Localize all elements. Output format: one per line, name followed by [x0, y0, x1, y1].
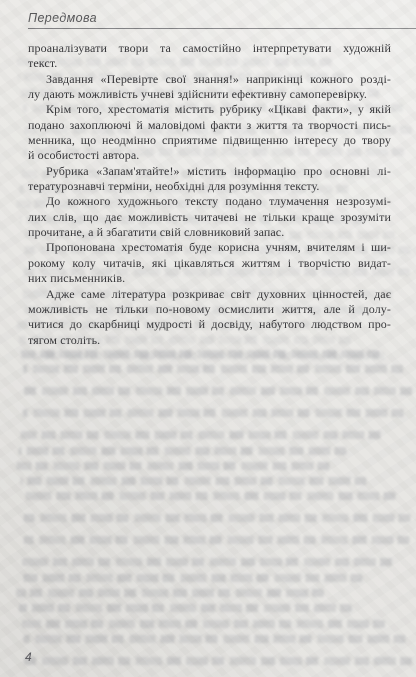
body-line: Адже саме література розкриває світ духо…: [28, 287, 391, 302]
show-through-line: [23, 409, 404, 417]
body-line: й особистості автора.: [28, 148, 391, 163]
header-rule: [28, 28, 416, 29]
show-through-line: [18, 447, 346, 455]
body-line: прочитане, а й збагатити свій словникови…: [28, 225, 391, 240]
running-head: Передмова: [28, 11, 97, 25]
show-through-line: [24, 657, 412, 665]
show-through-line: [24, 387, 412, 395]
body-line: них письменників.: [28, 271, 391, 286]
show-through-line: [22, 352, 384, 360]
body-line: текст.: [28, 56, 391, 71]
body-line: Пропонована хрестоматія буде корисна учн…: [28, 240, 391, 255]
show-through-line: [19, 604, 352, 612]
show-through-artifact-lower: [16, 350, 404, 677]
show-through-line: [23, 492, 396, 500]
show-through-line: [23, 365, 403, 373]
body-line: тературознавчі терміни, необхідні для ро…: [28, 179, 391, 194]
show-through-line: [20, 477, 366, 485]
body-line: менника, що неодмінно сприятиме підвищен…: [28, 133, 391, 148]
show-through-line: [16, 589, 324, 597]
show-through-line: [22, 558, 392, 566]
show-through-line: [23, 635, 405, 643]
show-through-line: [24, 536, 410, 544]
body-line: лу дають можливість учневі здійснити ефе…: [28, 87, 391, 102]
show-through-line: [24, 514, 411, 522]
body-line: читися до скарбниці мудрості й досвіду, …: [28, 317, 391, 332]
page-number: 4: [25, 650, 32, 664]
show-through-line: [22, 620, 385, 628]
body-line: Завдання «Перевірте свої знання!» наприк…: [28, 72, 391, 87]
body-line: можливість не тільки по-новому осмислити…: [28, 302, 391, 317]
body-line: лих слів, що дає можливість читачеві не …: [28, 210, 391, 225]
show-through-line: [21, 431, 381, 439]
body-text: проаналізувати твори та самостійно інтер…: [28, 41, 391, 348]
body-line: Рубрика «Запам'ятайте!» містить інформац…: [28, 164, 391, 179]
body-line: Крім того, хрестоматія містить рубрику «…: [28, 102, 391, 117]
body-line: подано захоплюючі й маловідомі факти з ж…: [28, 118, 391, 133]
book-page: Передмова проаналізувати твори та самост…: [0, 0, 416, 677]
body-line: тягом століть.: [28, 333, 391, 348]
body-line: проаналізувати твори та самостійно інтер…: [28, 41, 391, 56]
show-through-line: [21, 350, 380, 358]
show-through-line: [20, 574, 362, 582]
body-line: рокому колу читачів, які цікавляться жит…: [28, 256, 391, 271]
body-line: До кожного художнього тексту подано тлум…: [28, 194, 391, 209]
show-through-line: [17, 462, 330, 470]
